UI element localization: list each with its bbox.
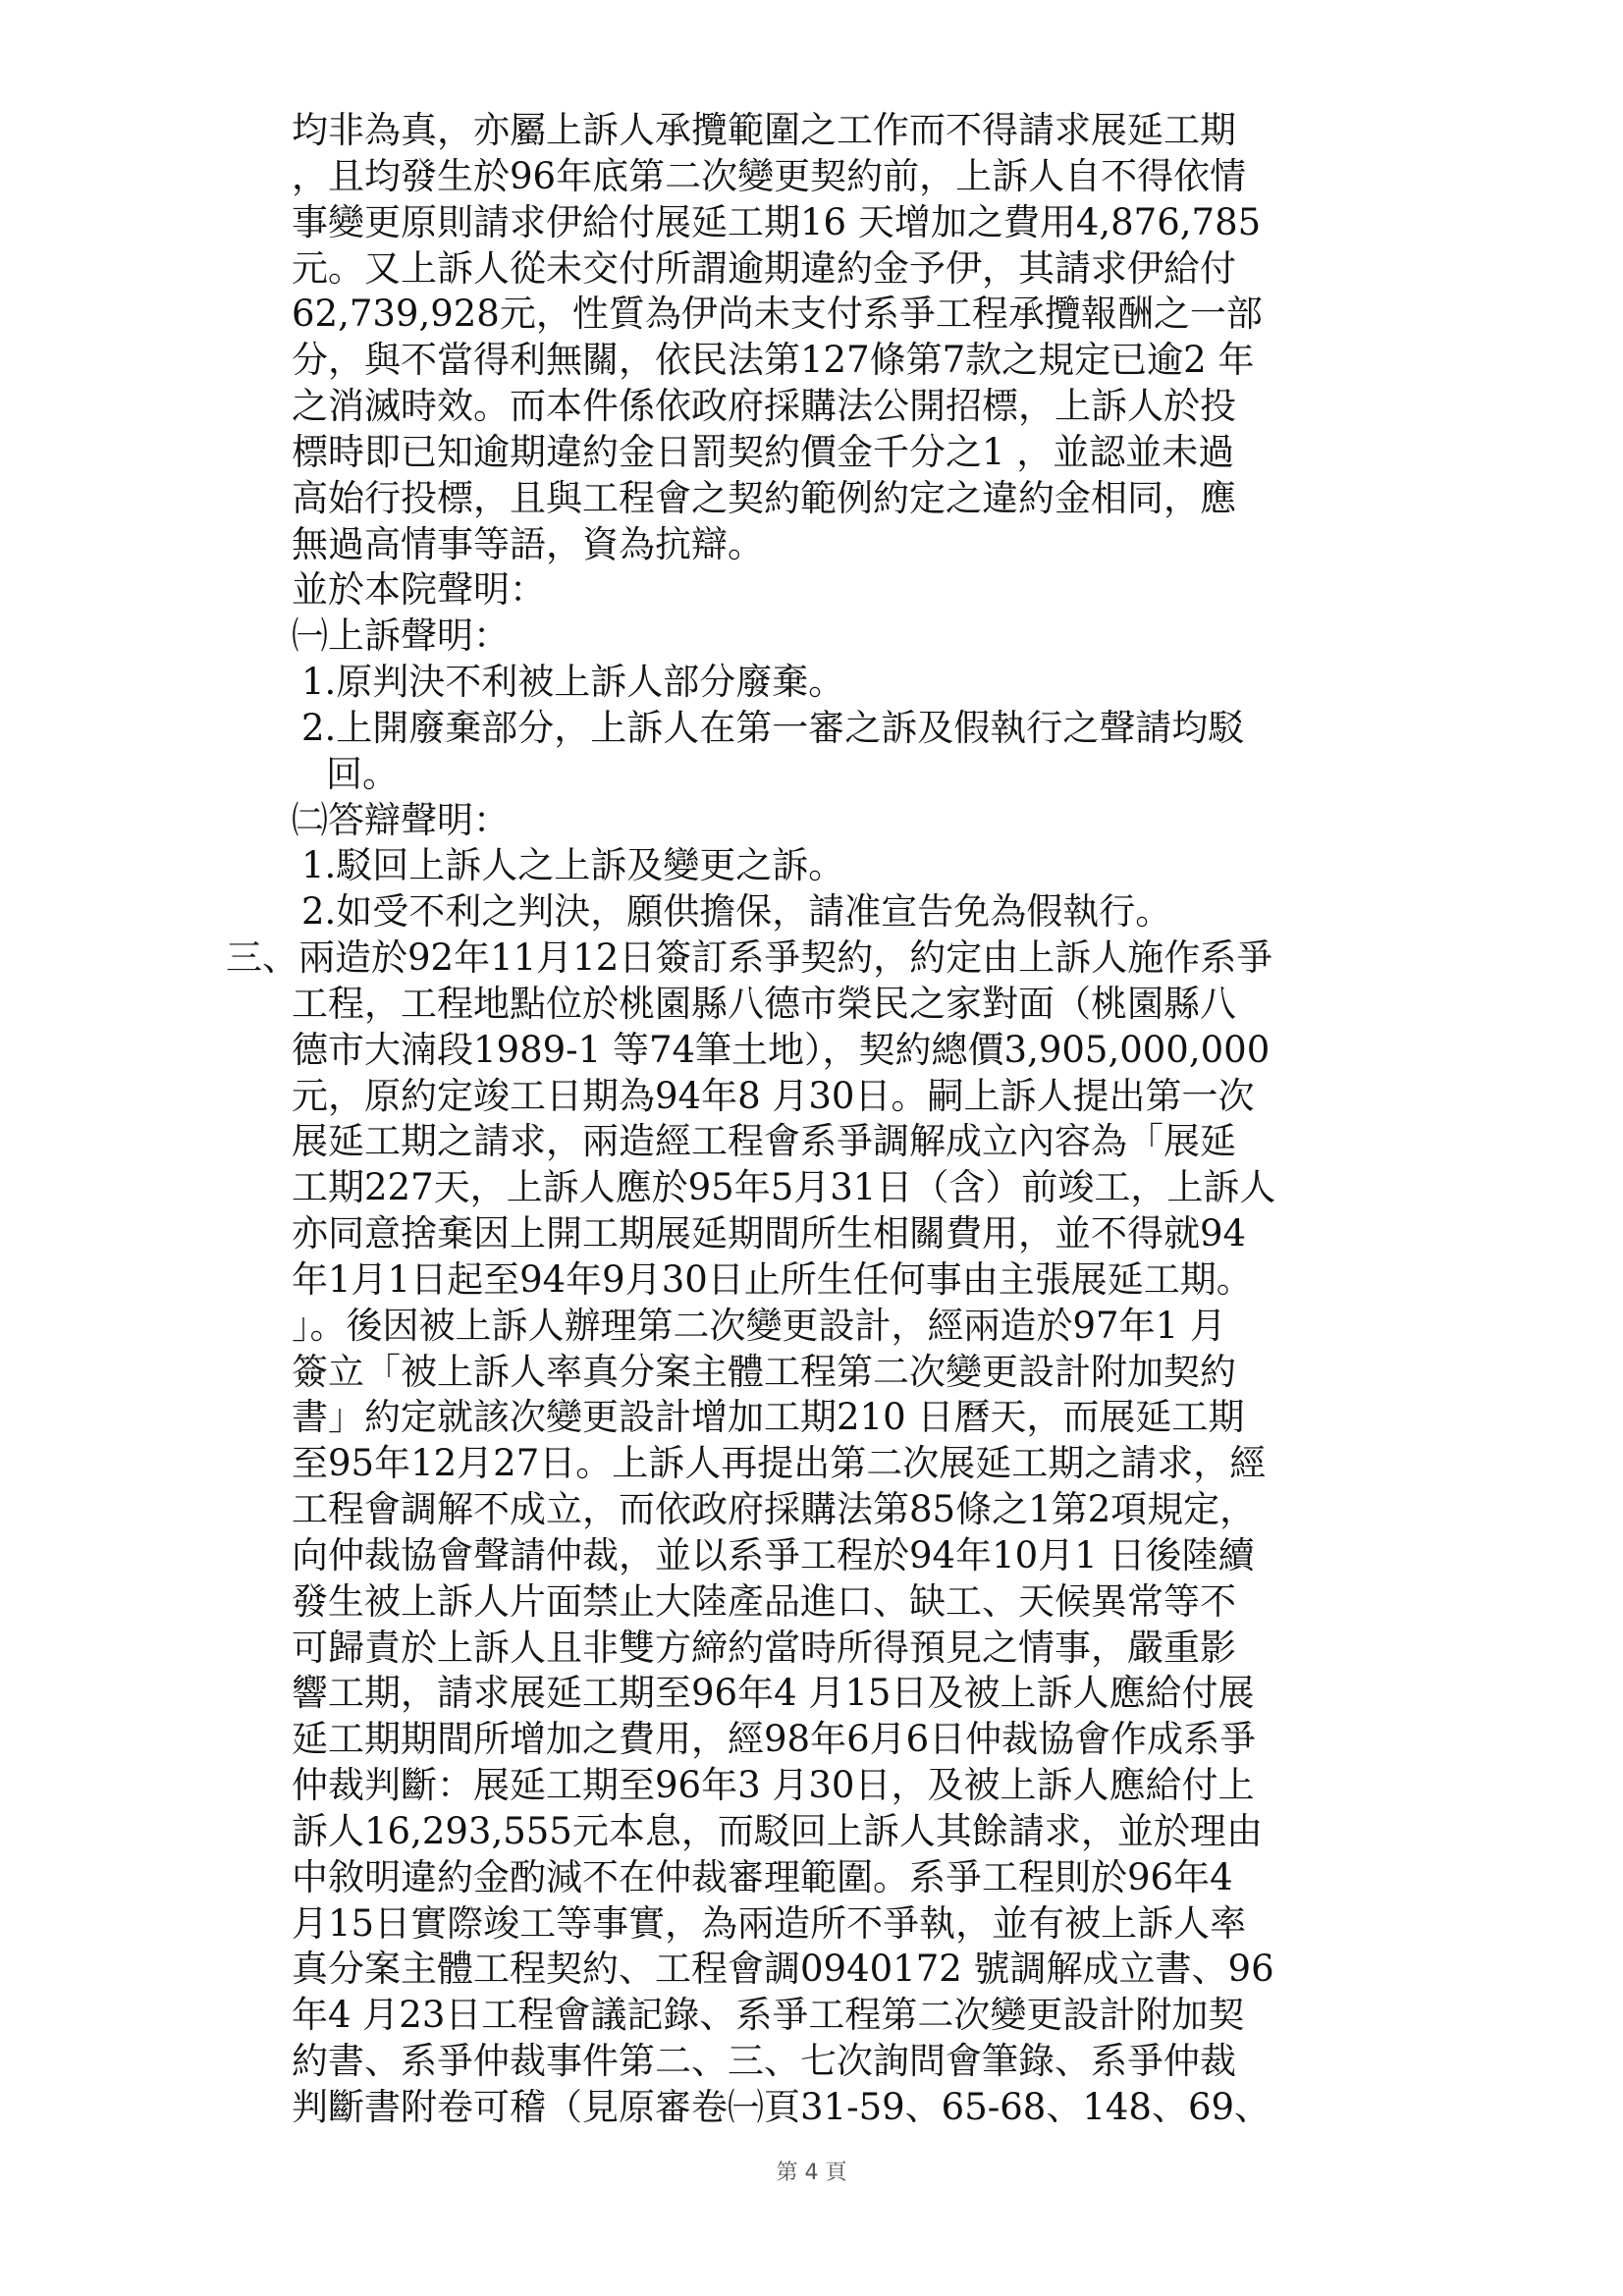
paragraph-line: 分，與不當得利無關，依民法第127條第7款之規定已逾2 年 xyxy=(292,338,1142,383)
paragraph-line: 書」約定就該次變更設計增加工期210 日曆天，而展延工期 xyxy=(292,1395,1142,1440)
paragraph-line: 年1月1日起至94年9月30日止所生任何事由主張展延工期。 xyxy=(292,1257,1253,1303)
paragraph-line: 約書、系爭仲裁事件第二、三、七次詢問會筆錄、系爭仲裁 xyxy=(292,2039,1142,2084)
paragraph-line: 62,739,928元，性質為伊尚未支付系爭工程承攬報酬之一部 xyxy=(292,292,1142,337)
paragraph-line: 元，原約定竣工日期為94年8 月30日。嗣上訴人提出第一次 xyxy=(292,1074,1142,1119)
paragraph-line: 真分案主體工程契約、工程會調0940172 號調解成立書、96 xyxy=(292,1947,1142,1992)
subsection-heading-appeal: ㈠上訴聲明： xyxy=(292,614,510,659)
list-item: 1.駁回上訴人之上訴及變更之訴。 xyxy=(301,843,844,888)
section-three-first-line: 三、兩造於92年11月12日簽訂系爭契約，約定由上訴人施作系爭 xyxy=(226,935,1142,981)
paragraph-line: 月15日實際竣工等事實，為兩造所不爭執，並有被上訴人率 xyxy=(292,1901,1142,1947)
paragraph-line: 仲裁判斷：展延工期至96年3 月30日，及被上訴人應給付上 xyxy=(292,1763,1142,1808)
paragraph-line: 工期227天，上訴人應於95年5月31日（含）前竣工，上訴人 xyxy=(292,1165,1142,1210)
section-heading-declaration: 並於本院聲明： xyxy=(292,567,546,613)
paragraph-line: 」。後因被上訴人辦理第二次變更設計，經兩造於97年1 月 xyxy=(292,1304,1142,1349)
paragraph-line: 中敘明違約金酌減不在仲裁審理範圍。系爭工程則於96年4 xyxy=(292,1855,1142,1900)
paragraph-line: 響工期，請求展延工期至96年4 月15日及被上訴人應給付展 xyxy=(292,1671,1142,1716)
paragraph-line: 至95年12月27日。上訴人再提出第二次展延工期之請求，經 xyxy=(292,1441,1142,1486)
paragraph-line: 可歸責於上訴人且非雙方締約當時所得預見之情事，嚴重影 xyxy=(292,1626,1142,1671)
paragraph-line: 標時即已知逾期違約金日罰契約價金千分之1 ，並認並未過 xyxy=(292,430,1142,475)
paragraph-line: 延工期期間所增加之費用，經98年6月6日仲裁協會作成系爭 xyxy=(292,1717,1142,1762)
list-item-continuation: 回。 xyxy=(326,752,399,797)
list-item: 1.原判決不利被上訴人部分廢棄。 xyxy=(301,660,844,705)
list-item: 2.如受不利之判決，願供擔保，請准宣告免為假執行。 xyxy=(301,889,1171,934)
paragraph-line: 高始行投標，且與工程會之契約範例約定之違約金相同，應 xyxy=(292,476,1142,521)
subsection-heading-reply: ㈡答辯聲明： xyxy=(292,798,510,843)
paragraph-line: 判斷書附卷可稽（見原審卷㈠頁31-59、65-68、148、69、 xyxy=(292,2085,1142,2130)
paragraph-line: 訴人16,293,555元本息，而駁回上訴人其餘請求，並於理由 xyxy=(292,1809,1142,1854)
list-item: 2.上開廢棄部分，上訴人在第一審之訴及假執行之聲請均駁 xyxy=(301,706,1142,751)
paragraph-line: 均非為真，亦屬上訴人承攬範圍之工作而不得請求展延工期 xyxy=(292,108,1142,153)
paragraph-line: 工程會調解不成立，而依政府採購法第85條之1第2項規定， xyxy=(292,1487,1142,1532)
paragraph-line: 工程，工程地點位於桃園縣八德市榮民之家對面（桃園縣八 xyxy=(292,982,1142,1027)
paragraph-line: 簽立「被上訴人率真分案主體工程第二次變更設計附加契約 xyxy=(292,1350,1142,1395)
paragraph-line: 向仲裁協會聲請仲裁，並以系爭工程於94年10月1 日後陸續 xyxy=(292,1533,1142,1578)
paragraph-line: 發生被上訴人片面禁止大陸產品進口、缺工、天候異常等不 xyxy=(292,1579,1142,1625)
page-number: 第 4 頁 xyxy=(0,2156,1623,2186)
paragraph-line: 德市大湳段1989-1 等74筆土地），契約總價3,905,000,000 xyxy=(292,1028,1142,1073)
paragraph-line: 之消滅時效。而本件係依政府採購法公開招標，上訴人於投 xyxy=(292,384,1142,429)
paragraph-line: 年4 月23日工程會議記錄、系爭工程第二次變更設計附加契 xyxy=(292,1993,1142,2038)
paragraph-line: 亦同意捨棄因上開工期展延期間所生相關費用，並不得就94 xyxy=(292,1211,1142,1256)
paragraph-line: 事變更原則請求伊給付展延工期16 天增加之費用4,876,785 xyxy=(292,200,1142,245)
paragraph-line: 無過高情事等語，資為抗辯。 xyxy=(292,522,764,567)
document-page: 均非為真，亦屬上訴人承攬範圍之工作而不得請求展延工期 ，且均發生於96年底第二次… xyxy=(0,0,1623,2296)
paragraph-line: 元。又上訴人從未交付所謂逾期違約金予伊，其請求伊給付 xyxy=(292,246,1142,292)
paragraph-line: 展延工期之請求，兩造經工程會系爭調解成立內容為「展延 xyxy=(292,1119,1142,1164)
paragraph-line: ，且均發生於96年底第二次變更契約前，上訴人自不得依情 xyxy=(292,154,1142,199)
